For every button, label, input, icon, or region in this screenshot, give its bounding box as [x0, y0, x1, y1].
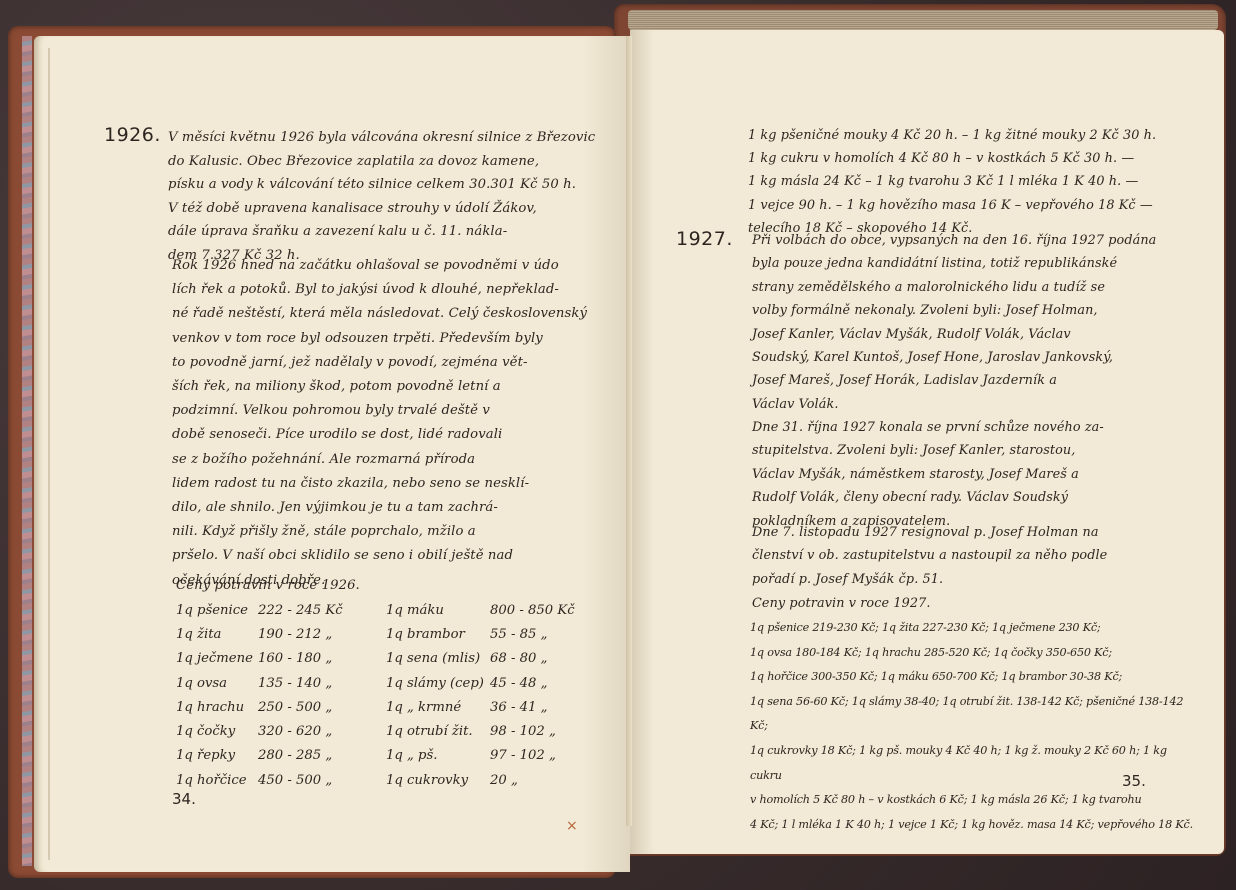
- price-list-1926-right: 1q máku800 - 850 Kč 1q brambor55 - 85 „ …: [386, 598, 575, 792]
- price-item: 1q cukrovky: [386, 773, 490, 788]
- price-row: 1q slámy (cep)45 - 48 „: [386, 671, 575, 695]
- price-row: 1q ovsa135 - 140 „: [176, 671, 343, 695]
- price-value: 97 - 102 „: [490, 748, 556, 763]
- paragraph-road-rolling: V měsíci květnu 1926 byla válcována okre…: [168, 126, 608, 267]
- price-item: 1q řepky: [176, 748, 258, 763]
- prices-heading-1927: Ceny potravin v roce 1927.: [752, 592, 930, 616]
- price-row: 1q čočky320 - 620 „: [176, 719, 343, 743]
- price-row: 1q hrachu250 - 500 „: [176, 695, 343, 719]
- year-heading-1927: 1927.: [676, 228, 733, 250]
- price-value: 222 - 245 Kč: [258, 603, 343, 618]
- year-heading-1926: 1926.: [104, 124, 161, 146]
- price-value: 45 - 48 „: [490, 676, 547, 691]
- price-item: 1q otrubí žit.: [386, 724, 490, 739]
- price-value: 135 - 140 „: [258, 676, 332, 691]
- prices-heading-1926: Ceny potravin v roce 1926.: [176, 574, 360, 598]
- price-list-1926-left: 1q pšenice222 - 245 Kč 1q žita190 - 212 …: [176, 598, 343, 792]
- price-value: 320 - 620 „: [258, 724, 332, 739]
- price-item: 1q „ krmné: [386, 700, 490, 715]
- price-row: 1q pšenice222 - 245 Kč: [176, 598, 343, 622]
- price-item: 1q máku: [386, 603, 490, 618]
- paragraph-elections-1927: Při volbách do obce, vypsaných na den 16…: [752, 229, 1192, 416]
- price-value: 280 - 285 „: [258, 748, 332, 763]
- price-item: 1q hrachu: [176, 700, 258, 715]
- price-value: 68 - 80 „: [490, 651, 547, 666]
- price-item: 1q slámy (cep): [386, 676, 490, 691]
- marbled-endpaper: [22, 36, 32, 866]
- paragraph-resignation: Dne 7. listopadu 1927 resignoval p. Jose…: [752, 521, 1192, 591]
- price-row: 1q cukrovky20 „: [386, 768, 575, 792]
- page-number-left: 34.: [172, 790, 196, 808]
- prices-continued-1926: 1 kg pšeničné mouky 4 Kč 20 h. – 1 kg ži…: [748, 124, 1188, 240]
- price-value: 450 - 500 „: [258, 773, 332, 788]
- price-value: 36 - 41 „: [490, 700, 547, 715]
- price-value: 55 - 85 „: [490, 627, 547, 642]
- price-item: 1q „ pš.: [386, 748, 490, 763]
- price-item: 1q čočky: [176, 724, 258, 739]
- page-edges: [628, 10, 1218, 30]
- book-gutter: [626, 36, 632, 826]
- page-number-right: 35.: [1122, 772, 1146, 790]
- price-item: 1q žita: [176, 627, 258, 642]
- price-row: 1q hořčice450 - 500 „: [176, 768, 343, 792]
- price-row: 1q brambor55 - 85 „: [386, 622, 575, 646]
- price-row: 1q otrubí žit.98 - 102 „: [386, 719, 575, 743]
- price-item: 1q sena (mlis): [386, 651, 490, 666]
- price-value: 250 - 500 „: [258, 700, 332, 715]
- price-row: 1q sena (mlis)68 - 80 „: [386, 647, 575, 671]
- price-row: 1q ječmene160 - 180 „: [176, 647, 343, 671]
- price-value: 190 - 212 „: [258, 627, 332, 642]
- price-item: 1q pšenice: [176, 603, 258, 618]
- price-item: 1q ovsa: [176, 676, 258, 691]
- margin-mark: ×: [566, 818, 578, 834]
- price-value: 800 - 850 Kč: [490, 603, 575, 618]
- paragraph-floods-1926: Rok 1926 hned na začátku ohlašoval se po…: [172, 254, 612, 593]
- price-value: 98 - 102 „: [490, 724, 556, 739]
- price-item: 1q hořčice: [176, 773, 258, 788]
- paragraph-first-session: Dne 31. října 1927 konala se první schůz…: [752, 416, 1192, 533]
- price-row: 1q „ krmné36 - 41 „: [386, 695, 575, 719]
- price-row: 1q žita190 - 212 „: [176, 622, 343, 646]
- price-row: 1q máku800 - 850 Kč: [386, 598, 575, 622]
- price-row: 1q „ pš.97 - 102 „: [386, 744, 575, 768]
- price-item: 1q ječmene: [176, 651, 258, 666]
- price-value: 160 - 180 „: [258, 651, 332, 666]
- prices-list-1927: 1q pšenice 219-230 Kč; 1q žita 227-230 K…: [750, 616, 1200, 837]
- price-value: 20 „: [490, 773, 518, 788]
- price-item: 1q brambor: [386, 627, 490, 642]
- price-row: 1q řepky280 - 285 „: [176, 744, 343, 768]
